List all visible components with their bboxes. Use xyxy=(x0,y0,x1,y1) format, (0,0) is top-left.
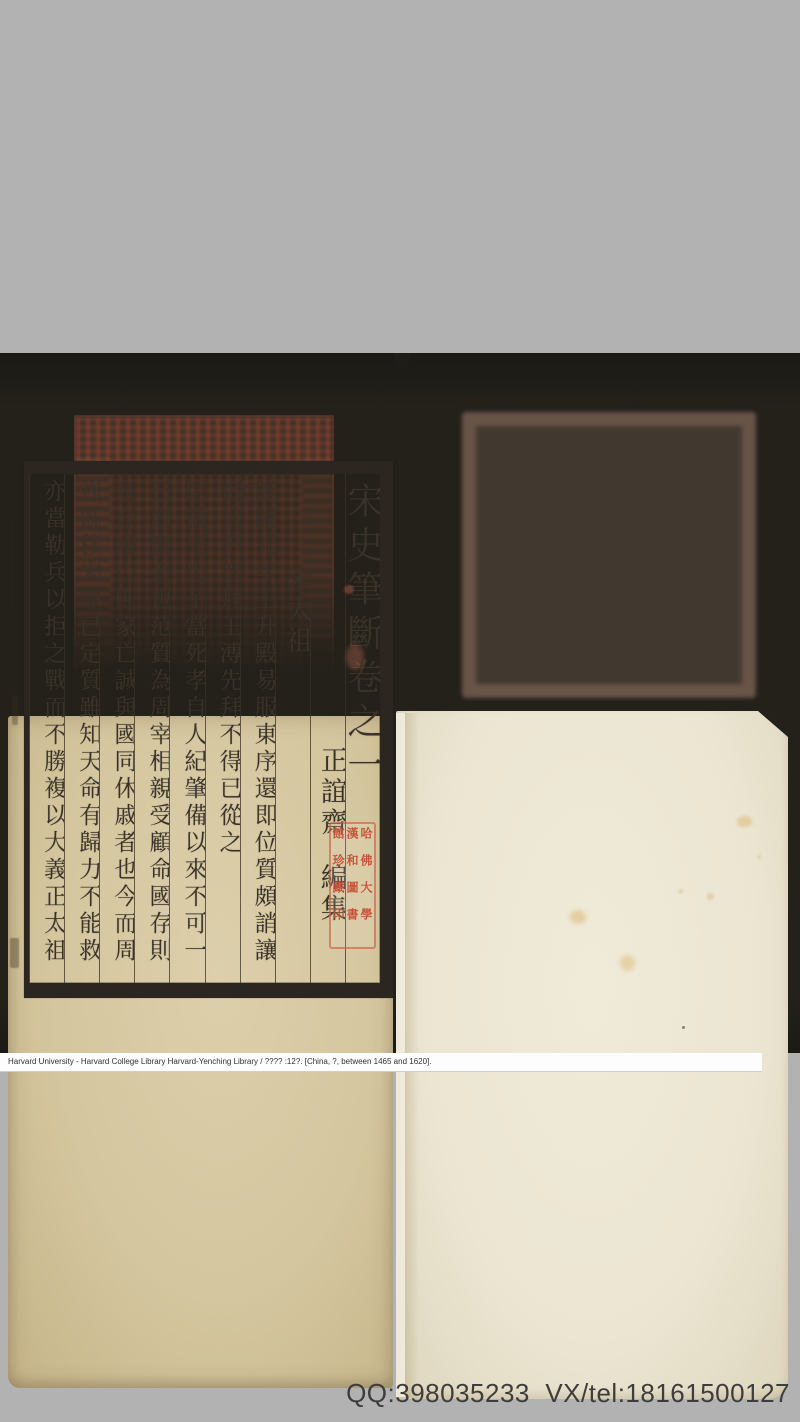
page-edge-mark xyxy=(12,695,18,725)
text-column-7: 亦當勒兵以拒之戰而不勝複以大義正太祖 xyxy=(29,474,64,983)
offset-seal-impression xyxy=(462,412,756,698)
stain xyxy=(707,893,714,900)
text-column-4: 日而廢者也范質為周宰相親受顧命國存則 xyxy=(134,474,169,983)
caption-bar: Harvard University - Harvard College Lib… xyxy=(0,1053,762,1072)
gutter-notch xyxy=(395,353,409,366)
stain xyxy=(737,816,752,827)
text-column-1: 建隆元年上升殿易服東序還即位質頗誚讓太 xyxy=(240,474,275,983)
harvard-yenching-library-seal: 哈佛大學 漢和圖書 館珍藏印 xyxy=(329,822,376,949)
library-seal-column-1: 哈佛大學 xyxy=(359,827,373,944)
contact-watermark: QQ:398035233 VX/tel:18161500127 xyxy=(346,1378,790,1409)
page-edge-mark xyxy=(10,938,19,968)
text-column-3: 臣當死忠子當死孝自人紀肇備以來不可一 xyxy=(169,474,204,983)
library-seal-column-3: 館珍藏印 xyxy=(331,827,345,944)
red-smudge xyxy=(346,644,364,670)
text-column-6: 祚既移宋鼎已定質雖知天命有歸力不能救 xyxy=(64,474,99,983)
stain xyxy=(757,855,761,859)
catalog-caption: Harvard University - Harvard College Lib… xyxy=(0,1053,762,1071)
text-columns: 宋史筆斷卷之一 正誼齋編集 宋太祖 建隆元年上升殿易服東序還即位質頗誚讓太 祖且… xyxy=(29,474,380,983)
speck xyxy=(682,1026,685,1029)
stain xyxy=(678,889,683,894)
text-column-5: 身存國亡則家亡誠與國同休戚者也今而周 xyxy=(99,474,134,983)
text-column-2: 祖且不肯拜王溥先拜不得已從之 xyxy=(205,474,240,983)
stain xyxy=(570,910,586,924)
page-edge-mark xyxy=(10,520,14,610)
stain xyxy=(620,955,635,971)
section-heading-column: 宋太祖 xyxy=(275,474,310,983)
library-seal-column-2: 漢和圖書 xyxy=(345,827,359,944)
red-smudge xyxy=(344,585,354,594)
